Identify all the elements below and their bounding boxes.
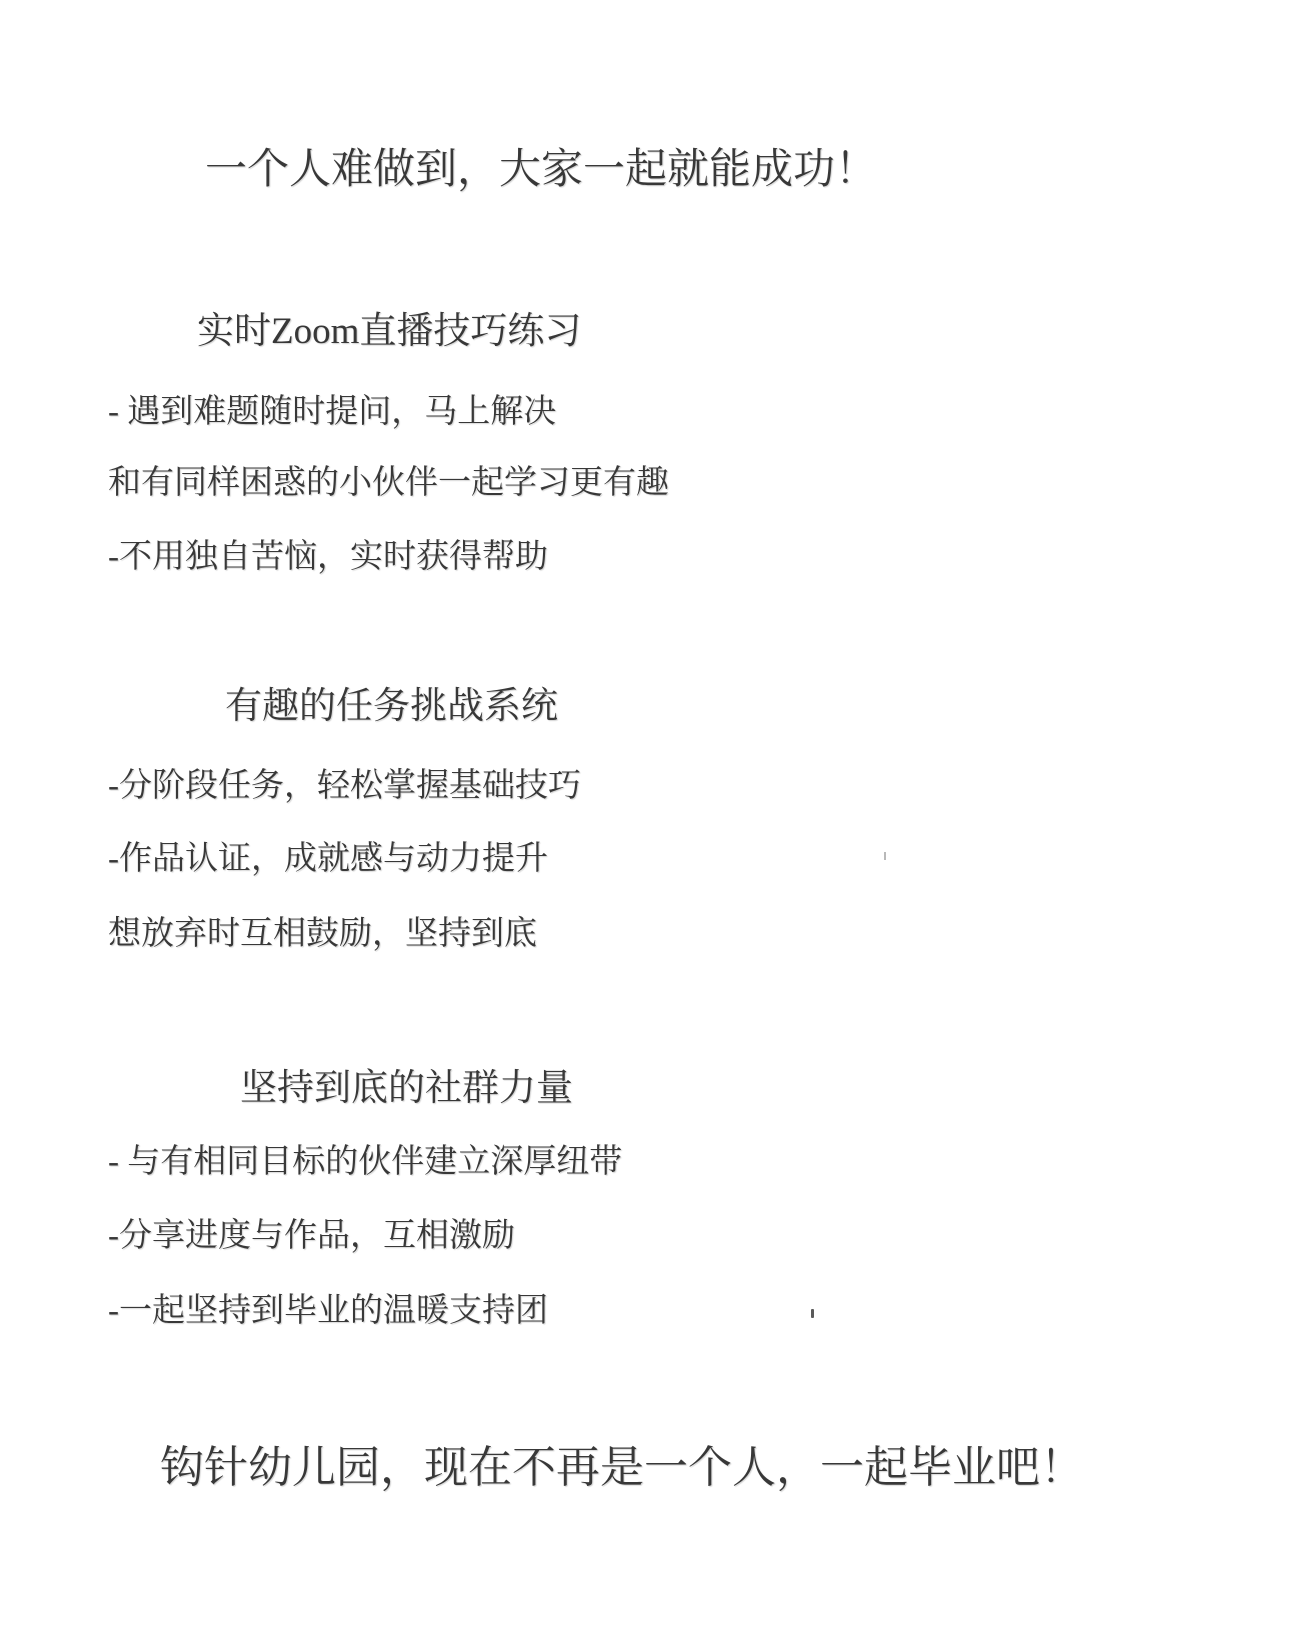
section-community-power-item-2: -分享进度与作品，互相激励 — [108, 1218, 515, 1256]
section-zoom-practice-item-2: 和有同样困惑的小伙伴一起学习更有趣 — [108, 465, 669, 503]
artifact-speck — [811, 1309, 814, 1318]
section-zoom-practice-item-1: - 遇到难题随时提问，马上解决 — [108, 394, 556, 432]
headline-top: 一个人难做到，大家一起就能成功！ — [205, 146, 877, 194]
section-community-power-item-3: -一起坚持到毕业的温暖支持团 — [108, 1293, 548, 1331]
section-zoom-practice-title: 实时Zoom直播技巧练习 — [197, 311, 581, 354]
section-task-challenge-title: 有趣的任务挑战系统 — [225, 686, 558, 729]
headline-bottom: 钩针幼儿园，现在不再是一个人，一起毕业吧！ — [160, 1443, 1084, 1494]
section-zoom-practice-item-3: -不用独自苦恼，实时获得帮助 — [108, 539, 548, 577]
artifact-speck — [884, 852, 886, 860]
section-community-power-title: 坚持到底的社群力量 — [240, 1068, 573, 1111]
section-task-challenge-item-3: 想放弃时互相鼓励，坚持到底 — [108, 916, 537, 954]
section-community-power-item-1: - 与有相同目标的伙伴建立深厚纽带 — [108, 1144, 622, 1182]
section-task-challenge-item-1: -分阶段任务，轻松掌握基础技巧 — [108, 768, 581, 806]
document-page: 一个人难做到，大家一起就能成功！ 实时Zoom直播技巧练习 - 遇到难题随时提问… — [0, 0, 1290, 1650]
section-task-challenge-item-2: -作品认证，成就感与动力提升 — [108, 841, 548, 879]
